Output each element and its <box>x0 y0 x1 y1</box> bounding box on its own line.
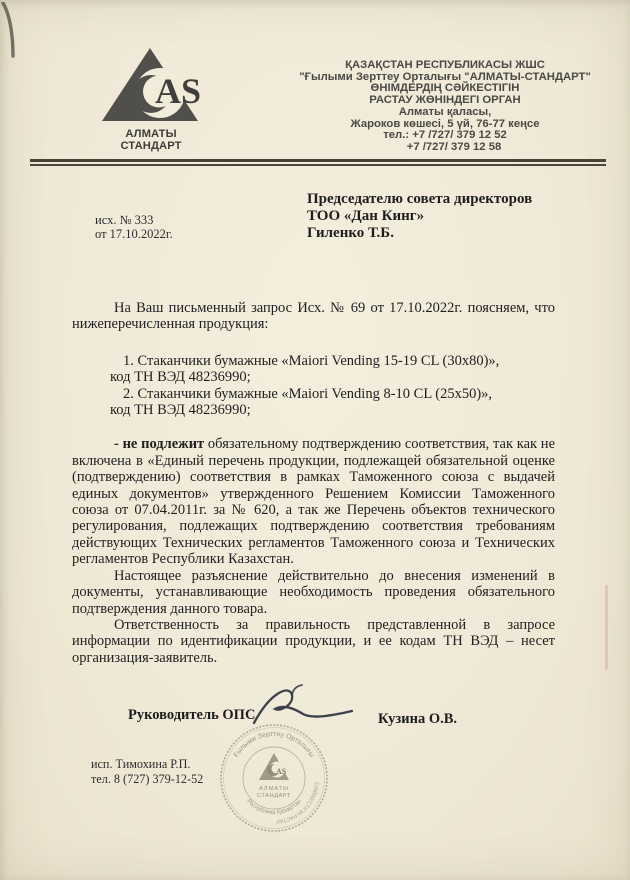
org-details: ҚАЗАҚСТАН РЕСПУБЛИКАСЫ ЖШС "Ғылыми Зертт… <box>295 60 595 154</box>
signature-scribble <box>246 683 361 731</box>
executor-name: исп. Тимохина Р.П. <box>91 757 203 772</box>
executor-block: исп. Тимохина Р.П. тел. 8 (727) 379-12-5… <box>91 757 203 786</box>
stamp-as-text: AS <box>276 767 287 776</box>
org-line: Алматы қаласы, <box>295 107 595 119</box>
list-item: 1. Стаканчики бумажные «Maiori Vending 1… <box>110 353 555 386</box>
scan-corner-artifact <box>0 2 24 60</box>
letterhead-divider <box>30 159 606 166</box>
org-line: ҚАЗАҚСТАН РЕСПУБЛИКАСЫ ЖШС <box>295 60 595 72</box>
outgoing-ref: исх. № 333 от 17.10.2022г. <box>95 214 173 242</box>
item-text: Стаканчики бумажные «Maiori Vending 15-1… <box>138 353 500 369</box>
ref-date: от 17.10.2022г. <box>95 228 173 242</box>
letter-body: На Ваш письменный запрос Исх. № 69 от 17… <box>72 300 555 666</box>
product-list: 1. Стаканчики бумажные «Maiori Vending 1… <box>110 353 555 419</box>
ref-number: исх. № 333 <box>95 214 173 228</box>
paragraph-intro: На Ваш письменный запрос Исх. № 69 от 17… <box>72 300 555 333</box>
paragraph-conclusion: - не подлежит обязательному подтверждени… <box>72 436 555 567</box>
paragraph-responsibility: Ответственность за правильность представ… <box>72 617 555 666</box>
item-code: код ТН ВЭД 48236990; <box>110 369 555 385</box>
executor-phone: тел. 8 (727) 379-12-52 <box>91 772 203 787</box>
item-number: 1. <box>123 353 134 369</box>
company-logo: AS <box>100 46 202 126</box>
item-text: Стаканчики бумажные «Maiori Vending 8-10… <box>138 386 493 402</box>
paragraph-validity: Настоящее разъяснение действительно до в… <box>72 568 555 617</box>
signer-name: Кузина О.В. <box>378 711 457 728</box>
addressee-block: Председателю совета директоров ТОО «Дан … <box>307 191 532 241</box>
stamp-caption-bottom: СТАНДАРТ <box>257 793 291 799</box>
addressee-line: Гиленко Т.Б. <box>307 225 532 242</box>
official-stamp: Ғылыми Зерттеу Орталығы СӘЙКЕСТІГІН РАСТ… <box>215 719 333 837</box>
addressee-line: Председателю совета директоров <box>307 191 532 208</box>
logo-as-text: AS <box>155 71 201 111</box>
scanned-letter-page: AS АЛМАТЫ СТАНДАРТ ҚАЗАҚСТАН РЕСПУБЛИКАС… <box>0 0 630 880</box>
bold-lead: - не подлежит <box>114 436 204 452</box>
scan-streak-artifact <box>605 585 608 670</box>
addressee-line: ТОО «Дан Кинг» <box>307 208 532 225</box>
item-number: 2. <box>123 386 134 402</box>
list-item: 2. Стаканчики бумажные «Maiori Vending 8… <box>110 386 555 419</box>
logo-caption: АЛМАТЫ СТАНДАРТ <box>94 128 208 152</box>
stamp-caption-top: АЛМАТЫ <box>259 786 289 792</box>
stamp-center-logo: AS <box>259 753 289 780</box>
item-code: код ТН ВЭД 48236990; <box>110 402 555 418</box>
org-line: +7 /727/ 379 12 58 <box>295 142 595 154</box>
